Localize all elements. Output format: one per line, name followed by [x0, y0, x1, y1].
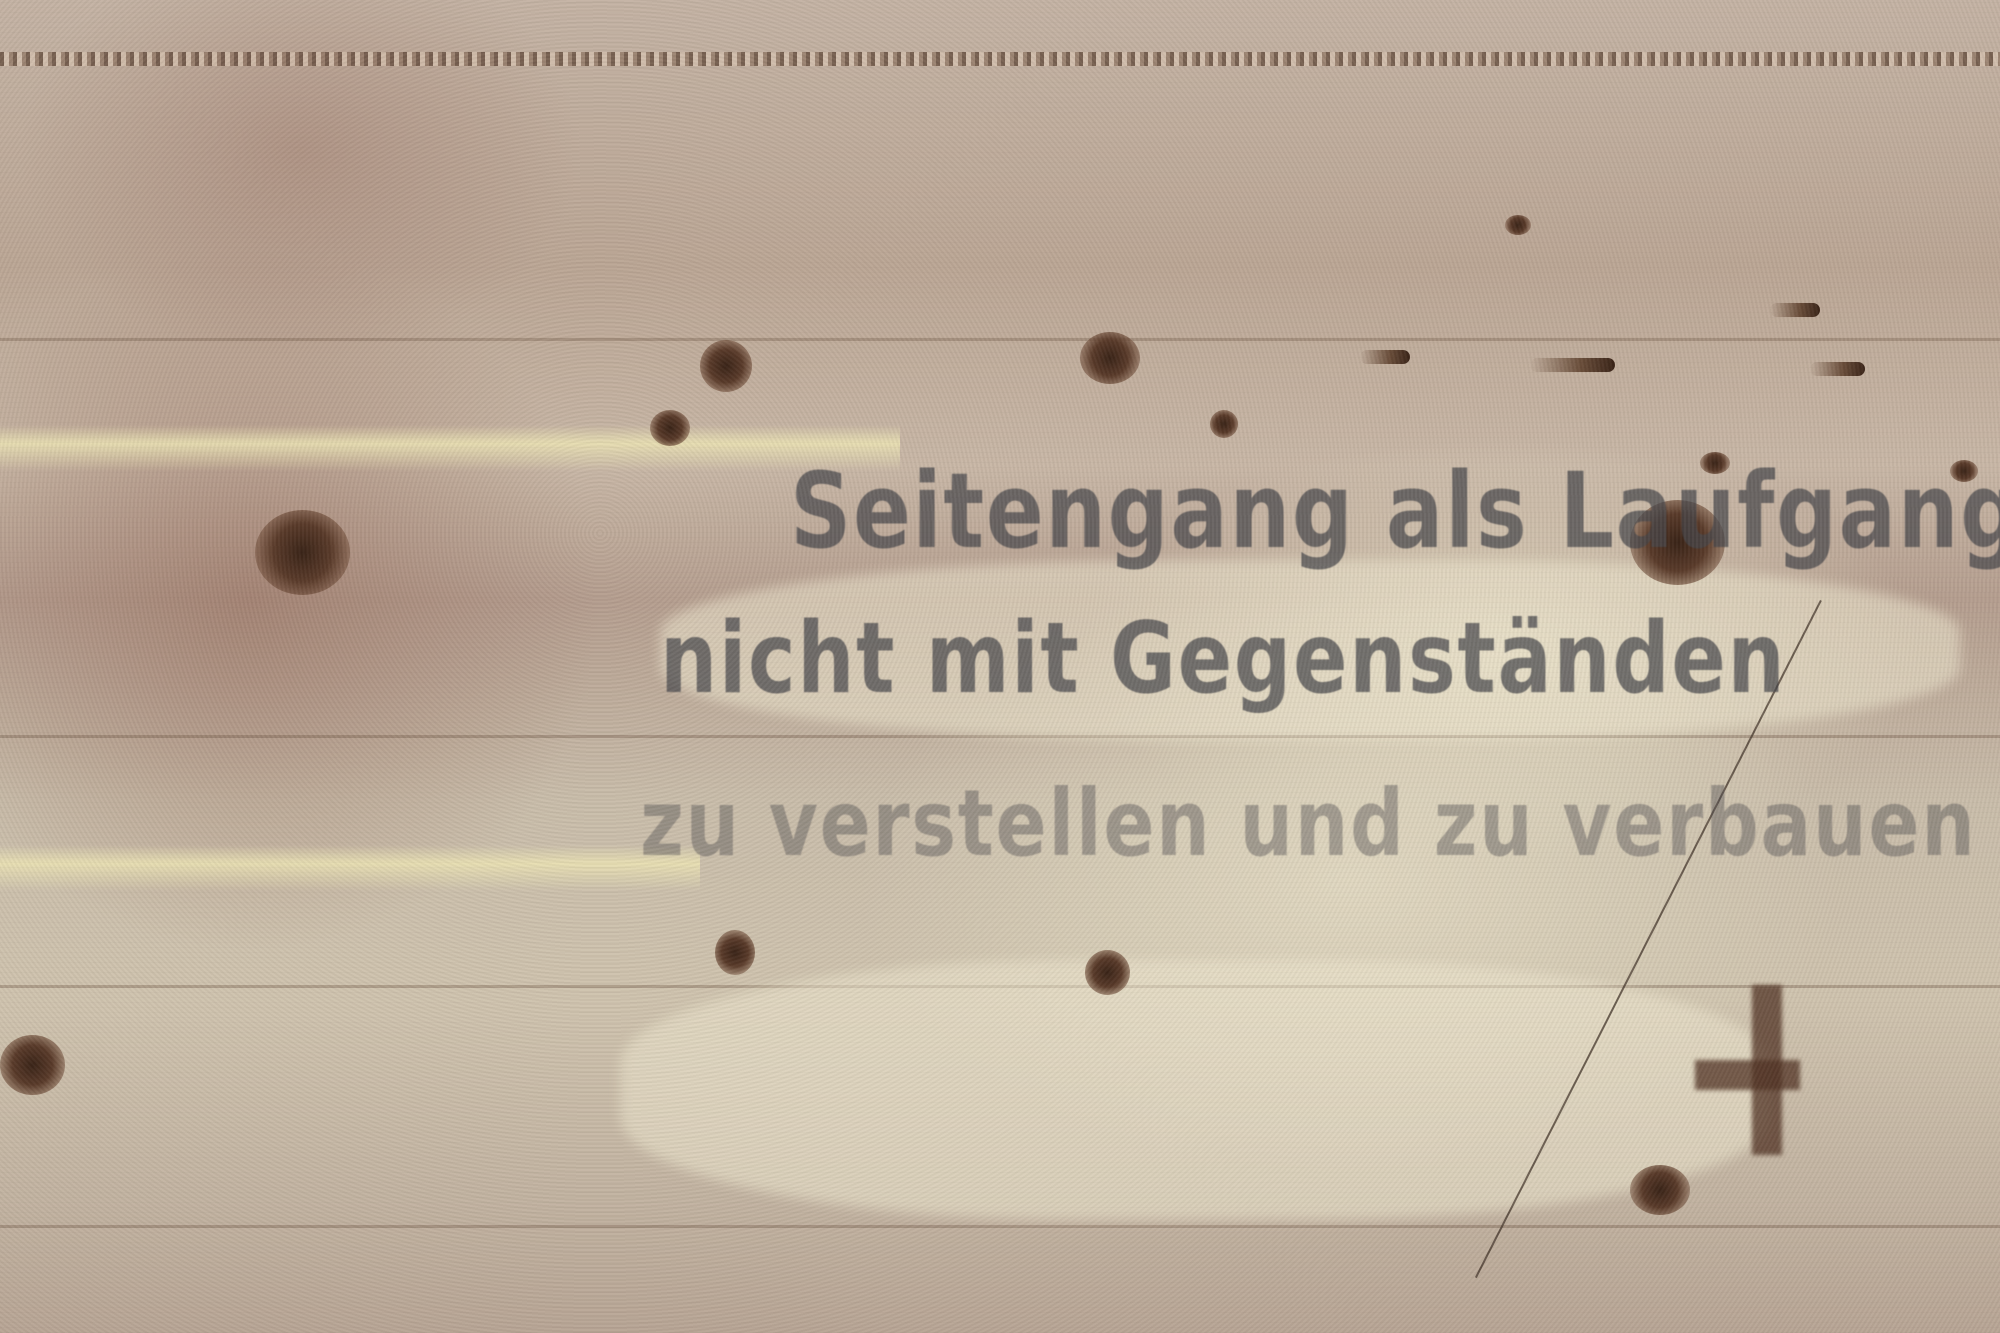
rust-streak: [1360, 350, 1410, 364]
painted-cross-mark: [1695, 1060, 1800, 1090]
bolt-hole: [1505, 215, 1531, 235]
bolt-hole: [700, 340, 752, 392]
stencil-text-line-1: Seitengang als Laufgang,: [790, 450, 2000, 572]
bolt-hole: [715, 930, 755, 975]
bolt-hole: [1210, 410, 1238, 438]
bolt-hole: [255, 510, 350, 595]
bolt-hole: [1080, 332, 1140, 384]
bolt-hole: [650, 410, 690, 446]
stencil-text-line-3: zu verstellen und zu verbauen: [640, 770, 1977, 877]
paint-remnant-strip: [0, 425, 900, 471]
bolt-hole: [0, 1035, 65, 1095]
stencil-text-line-2: nicht mit Gegenständen: [660, 602, 1786, 716]
rust-streak: [1810, 362, 1865, 376]
concrete-wall: Seitengang als Laufgang, nicht mit Gegen…: [0, 0, 2000, 1333]
formwork-seam: [0, 1225, 2000, 1228]
paint-remnant-strip: [0, 845, 700, 891]
bolt-hole: [1085, 950, 1130, 995]
pale-paint-patch: [620, 960, 1770, 1220]
bolt-hole: [1630, 1165, 1690, 1215]
rust-streak: [1530, 358, 1615, 372]
formwork-seam: [0, 338, 2000, 341]
formwork-seam: [0, 52, 2000, 66]
rust-streak: [1770, 303, 1820, 317]
